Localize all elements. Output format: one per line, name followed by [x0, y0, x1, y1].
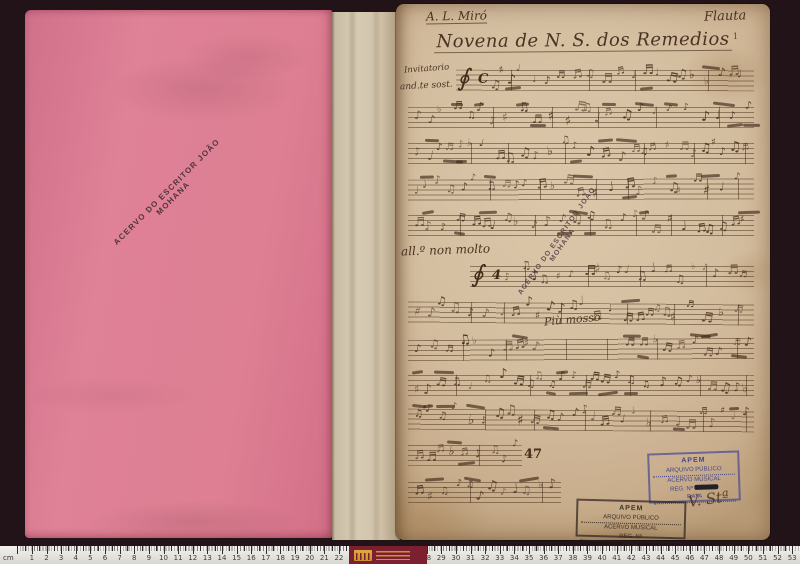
time-signature: C: [478, 72, 488, 87]
ruler-number: 31: [466, 554, 475, 562]
beam-stroke: [412, 370, 424, 374]
barline: [737, 338, 738, 359]
beam-stroke: [738, 211, 760, 214]
tempo-marking-andante: and.te sost.: [400, 80, 453, 93]
note-glyph: ♫: [620, 108, 634, 124]
cm-tick: [90, 546, 91, 554]
barline: [671, 215, 672, 236]
note-glyph: ♯: [414, 383, 420, 395]
note-glyph: ♪: [531, 150, 540, 162]
half-cm-tick: [156, 546, 157, 551]
cm-tick: [558, 546, 559, 554]
note-glyph: ♬: [435, 444, 446, 455]
note-glyph: ♪: [500, 454, 508, 465]
note-glyph: ♫: [521, 485, 532, 497]
half-cm-tick: [726, 546, 727, 551]
note-glyph: ♪: [461, 181, 469, 192]
note-glyph: ♪: [427, 306, 437, 320]
ruler-number: 48: [715, 554, 724, 562]
note-glyph: ♫: [548, 380, 558, 390]
barline: [484, 409, 485, 430]
ruler-number: 21: [320, 554, 329, 562]
note-glyph: ♬: [413, 484, 425, 497]
half-cm-tick: [536, 546, 537, 551]
cm-tick: [120, 546, 121, 554]
note-glyph: ♪: [744, 336, 753, 349]
note-glyph: ♬: [648, 143, 658, 154]
note-glyph: ♪: [488, 347, 496, 359]
staff-system: ♬♯♫♪♫♪♫♪♩♫♭♪: [408, 482, 561, 503]
staff-system: ♩♩♪♫♪♪♫♬♪♪♬♭♬♬♯♩♬♪♪♫♯♬♯♩♪: [408, 178, 754, 200]
note-glyph: ♩: [737, 69, 742, 79]
beam-stroke: [519, 476, 539, 482]
barline: [540, 179, 541, 200]
note-glyph: ♪: [719, 147, 726, 158]
beam-stroke: [743, 124, 760, 127]
note-glyph: ♩: [489, 220, 496, 232]
note-glyph: ♩: [531, 74, 537, 84]
barline: [471, 302, 472, 323]
note-glyph: ♬: [512, 374, 526, 389]
ruler-number: 47: [700, 554, 709, 562]
note-glyph: ♪: [729, 110, 736, 121]
note-glyph: ♫: [518, 146, 532, 161]
note-glyph: ♬: [444, 345, 453, 355]
note-glyph: ♫: [544, 408, 556, 422]
note-glyph: ♯: [740, 215, 745, 225]
half-cm-tick: [756, 546, 757, 551]
ruler-number: 43: [641, 554, 650, 562]
piece-title: Novena de N. S. dos Remedios: [396, 28, 770, 52]
note-glyph: ♬: [650, 223, 661, 236]
half-cm-tick: [332, 546, 333, 551]
note-glyph: ♩: [422, 179, 428, 190]
barline: [635, 70, 636, 91]
note-glyph: ♪: [568, 270, 574, 279]
beam-stroke: [434, 371, 454, 374]
half-cm-tick: [244, 546, 245, 551]
note-glyph: ♫: [675, 274, 685, 285]
cm-tick: [280, 546, 281, 554]
note-glyph: ♫: [582, 101, 593, 113]
note-glyph: ♫: [672, 375, 684, 388]
ruler-number: 39: [583, 554, 592, 562]
note-glyph: ♩: [468, 382, 473, 392]
note-glyph: ♪: [469, 173, 476, 183]
ruler-number: 3: [59, 554, 63, 562]
barline: [586, 375, 587, 396]
beam-stroke: [456, 160, 467, 163]
barline: [706, 266, 707, 287]
half-cm-tick: [580, 546, 581, 551]
ink-showthrough: [25, 10, 332, 538]
ruler-number: 35: [525, 554, 534, 562]
ruler-number: 15: [232, 554, 241, 562]
time-signature: 4: [492, 268, 501, 283]
note-glyph: ♯: [516, 414, 523, 428]
beam-stroke: [672, 427, 685, 430]
ruler-number: 29: [437, 554, 446, 562]
barline: [630, 375, 631, 396]
cm-tick: [617, 546, 618, 554]
note-glyph: ♬: [453, 100, 463, 111]
note-glyph: ♩: [607, 305, 612, 314]
note-glyph: ♪: [457, 139, 465, 150]
note-glyph: ♬: [727, 263, 739, 277]
cm-tick: [237, 546, 238, 554]
note-glyph: ♯: [524, 339, 529, 349]
cm-tick: [193, 546, 194, 554]
note-glyph: ♪: [658, 376, 667, 390]
note-glyph: ♪: [423, 382, 432, 396]
note-glyph: ♬: [590, 311, 603, 325]
ruler-number: 19: [291, 554, 300, 562]
note-glyph: ♫: [717, 220, 728, 233]
note-glyph: ♯: [564, 114, 573, 128]
note-glyph: ♪: [545, 300, 557, 315]
note-glyph: ♬: [664, 264, 674, 275]
cm-tick: [149, 546, 150, 554]
half-cm-tick: [741, 546, 742, 551]
note-glyph: ♪: [617, 150, 626, 164]
ruler-number: 51: [758, 554, 767, 562]
note-glyph: ♪: [635, 184, 644, 197]
barline: [708, 70, 709, 91]
barline: [552, 107, 553, 128]
cm-tick: [734, 546, 735, 554]
cm-tick: [719, 546, 720, 554]
note-glyph: ♯: [502, 111, 509, 123]
note-glyph: ♬: [599, 146, 612, 160]
staff-system: ♬♬♬♭♬♪♫♪♪: [408, 445, 522, 466]
staff-system: ♫♪♫♪♭♪♫♫♯♬♫♪♪♪♩♬♬♩♩♭♬♩♬♬♪♯♩♪: [408, 409, 754, 433]
note-glyph: ♬: [501, 341, 513, 354]
barline: [656, 107, 657, 128]
note-glyph: ♭: [550, 181, 556, 192]
half-cm-tick: [785, 546, 786, 551]
note-glyph: ♫: [635, 269, 649, 284]
half-cm-tick: [273, 546, 274, 551]
half-cm-tick: [54, 546, 55, 551]
note-glyph: ♫: [489, 78, 502, 92]
ruler-number: 1: [30, 554, 34, 562]
note-glyph: ♭: [690, 262, 696, 272]
barline: [627, 303, 628, 324]
cm-tick: [485, 546, 486, 554]
barline: [505, 340, 506, 361]
note-glyph: ♬: [685, 299, 694, 309]
note-glyph: ♬: [435, 375, 448, 389]
cm-tick: [32, 546, 33, 554]
barline: [471, 143, 472, 164]
barline: [566, 339, 567, 360]
half-cm-tick: [683, 546, 684, 551]
barline: [585, 410, 586, 431]
note-glyph: ♫: [505, 404, 517, 418]
barline: [719, 107, 720, 128]
note-glyph: ♪: [512, 439, 518, 449]
note-glyph: ♬: [707, 380, 719, 393]
note-glyph: ♬: [598, 415, 611, 429]
half-cm-tick: [712, 546, 713, 551]
half-cm-tick: [25, 546, 26, 551]
beam-stroke: [570, 159, 582, 163]
beam-stroke: [573, 175, 593, 178]
barline: [703, 411, 704, 432]
beam-stroke: [598, 391, 618, 396]
beam-stroke: [422, 210, 434, 214]
note-glyph: ♪: [683, 103, 690, 113]
note-glyph: ♫: [533, 370, 544, 382]
note-glyph: ♫: [445, 183, 456, 195]
beam-stroke: [701, 174, 720, 177]
note-glyph: ♫: [436, 295, 448, 308]
book-cover-inside: ACERVO DO ESCRITOR JOÃO MOHANA: [25, 10, 332, 538]
note-glyph: ♭: [547, 145, 554, 158]
note-glyph: ♬: [556, 69, 566, 80]
half-cm-tick: [653, 546, 654, 551]
cm-tick: [675, 546, 676, 554]
cm-tick: [47, 546, 48, 554]
note-glyph: ♯: [427, 490, 433, 502]
cm-tick: [295, 546, 296, 554]
note-glyph: ♭: [741, 381, 749, 394]
beam-stroke: [483, 175, 495, 178]
beam-stroke: [640, 86, 654, 90]
note-glyph: ♪: [433, 174, 441, 186]
note-glyph: ♯: [413, 306, 422, 320]
half-cm-tick: [83, 546, 84, 551]
note-glyph: ♪: [500, 488, 508, 499]
cm-tick: [310, 546, 311, 554]
cm-tick: [251, 546, 252, 554]
barline: [674, 304, 675, 325]
half-cm-tick: [770, 546, 771, 551]
note-glyph: ♬: [444, 143, 453, 153]
note-glyph: ♩: [478, 139, 485, 150]
ruler-number: 44: [656, 554, 665, 562]
cm-tick: [704, 546, 705, 554]
barline: [636, 215, 637, 236]
note-glyph: ♪: [436, 143, 443, 153]
beam-stroke: [637, 355, 649, 359]
note-glyph: ♪: [456, 479, 462, 489]
ruler-number: 46: [685, 554, 694, 562]
book-spine: [332, 12, 400, 540]
barline: [508, 143, 509, 164]
cm-tick: [544, 546, 545, 554]
ruler-number: 41: [612, 554, 621, 562]
beam-stroke: [479, 211, 497, 214]
beam-stroke: [731, 354, 747, 358]
cm-tick: [690, 546, 691, 554]
note-glyph: ♬: [685, 419, 697, 433]
ruler-number: 7: [117, 554, 121, 562]
scanned-manuscript-photo: ACERVO DO ESCRITOR JOÃO MOHANA A. L. Mir…: [0, 0, 800, 564]
barline: [542, 482, 543, 503]
ruler-number: 18: [276, 554, 285, 562]
final-measure-number: 47: [524, 447, 542, 462]
barline: [463, 340, 464, 361]
cm-tick: [207, 546, 208, 554]
note-glyph: ♩: [624, 264, 631, 276]
note-glyph: ♩: [414, 185, 419, 195]
half-cm-tick: [215, 546, 216, 551]
note-glyph: ♫: [718, 381, 733, 397]
note-glyph: ♪: [652, 176, 659, 186]
beam-stroke: [530, 124, 546, 127]
note-glyph: ♫: [490, 444, 501, 456]
cm-tick: [500, 546, 501, 554]
barline: [707, 178, 708, 199]
note-glyph: ♫: [485, 180, 497, 193]
cm-tick: [456, 546, 457, 554]
barline: [470, 482, 471, 503]
staff-system: ♪♩♪♬♪♭♩♬♫♫♪♭♫♪♪♬♪♬♫♬♯♬♪♫♯♪♫♬: [408, 143, 754, 164]
note-glyph: ♬: [529, 414, 542, 428]
half-cm-tick: [317, 546, 318, 551]
half-cm-tick: [478, 546, 479, 551]
note-glyph: ♪: [475, 489, 485, 503]
note-glyph: ♫: [483, 374, 493, 385]
cm-tick: [514, 546, 515, 554]
ruler-number: 10: [159, 554, 168, 562]
half-cm-tick: [434, 546, 435, 551]
note-glyph: ♬: [601, 73, 613, 87]
note-glyph: ♫: [602, 270, 613, 282]
staff-system: ♯♪♬♫♩♫♪♬♫♫♫♪♪♬♬♬♪♫♫♪♫♪♭♬♫♪♭: [408, 375, 754, 396]
note-glyph: ♯: [676, 186, 682, 196]
building-icon: [354, 550, 372, 561]
note-glyph: ♯: [534, 310, 540, 321]
note-glyph: ♫: [602, 217, 615, 231]
cm-tick: [61, 546, 62, 554]
half-cm-tick: [595, 546, 596, 551]
note-glyph: ♪: [714, 345, 723, 357]
note-glyph: ♪: [571, 370, 578, 380]
ruler-unit-label: cm: [3, 554, 14, 562]
barline: [700, 375, 701, 396]
ruler-number: 6: [103, 554, 107, 562]
note-glyph: ♬: [702, 345, 714, 358]
barline: [738, 178, 739, 199]
ruler-number: 42: [627, 554, 636, 562]
beam-stroke: [458, 461, 475, 465]
staff-system: ♪♫♬♫♭♪♬♬♯♪♬♬♭♬♬♪♬♪♬♪: [408, 338, 754, 361]
treble-clef-glyph: ∮: [457, 64, 470, 92]
note-glyph: ♪: [571, 406, 580, 418]
beam-stroke: [621, 299, 640, 303]
note-glyph: ♪: [712, 268, 720, 280]
beam-stroke: [546, 391, 556, 395]
cm-tick: [324, 546, 325, 554]
note-glyph: ♭: [717, 307, 724, 320]
half-cm-tick: [185, 546, 186, 551]
ruler-number: 37: [554, 554, 563, 562]
note-glyph: ♪: [665, 104, 672, 114]
note-glyph: ♬: [678, 141, 689, 153]
beam-stroke: [729, 407, 739, 410]
manuscript-page: A. L. Miró Flauta 1 Novena de N. S. dos …: [396, 4, 770, 540]
barline: [565, 143, 566, 164]
note-glyph: ♪: [544, 75, 551, 86]
note-glyph: ♬: [700, 311, 714, 326]
note-glyph: ♯: [669, 311, 676, 323]
note-glyph: ♬: [659, 415, 669, 426]
barline: [493, 107, 494, 128]
note-glyph: ♫: [699, 142, 711, 155]
barline: [561, 303, 562, 324]
note-glyph: ♪: [557, 411, 566, 423]
ruler-number: 4: [74, 554, 78, 562]
cm-tick: [266, 546, 267, 554]
note-glyph: ♬: [615, 66, 626, 78]
note-glyph: ♭: [513, 216, 519, 228]
beam-stroke: [602, 103, 616, 106]
note-glyph: ♫: [458, 333, 472, 348]
note-glyph: ♫: [485, 479, 500, 495]
note-glyph: ♫: [584, 67, 595, 79]
barline: [535, 215, 536, 236]
note-glyph: ♪: [531, 340, 541, 354]
note-glyph: ♬: [600, 372, 613, 386]
note-glyph: ♪: [701, 264, 708, 274]
barline: [588, 266, 589, 287]
barline: [479, 445, 480, 466]
composer-name: A. L. Miró: [426, 8, 487, 24]
half-cm-tick: [522, 546, 523, 551]
beam-stroke: [420, 175, 434, 178]
cm-tick: [529, 546, 530, 554]
half-cm-tick: [288, 546, 289, 551]
half-cm-tick: [697, 546, 698, 551]
cm-tick: [222, 546, 223, 554]
note-glyph: ♩: [515, 65, 520, 75]
note-glyph: ♬: [459, 448, 469, 459]
note-glyph: ♪: [427, 114, 436, 126]
note-glyph: ♫: [704, 223, 716, 236]
cm-tick: [587, 546, 588, 554]
ruler-number: 49: [729, 554, 738, 562]
note-glyph: ♯: [664, 140, 670, 151]
half-cm-tick: [639, 546, 640, 551]
note-glyph: ♬: [642, 64, 654, 78]
ruler-number: 53: [788, 554, 797, 562]
cm-tick: [778, 546, 779, 554]
barline: [511, 70, 512, 91]
half-cm-tick: [39, 546, 40, 551]
ruler-number: 17: [261, 554, 270, 562]
note-glyph: ♫: [440, 487, 450, 498]
note-glyph: ♯: [556, 273, 561, 282]
half-cm-tick: [346, 546, 347, 551]
half-cm-tick: [142, 546, 143, 551]
note-glyph: ♪: [413, 146, 421, 157]
beam-stroke: [666, 174, 677, 177]
note-glyph: ♭: [466, 138, 473, 149]
note-glyph: ♪: [585, 146, 595, 161]
note-glyph: ♩: [630, 406, 636, 416]
note-glyph: ♪: [620, 212, 627, 223]
barline: [657, 338, 658, 359]
note-glyph: ♫: [428, 337, 440, 350]
barline: [694, 143, 695, 164]
cm-tick: [631, 546, 632, 554]
note-glyph: ♬: [639, 336, 649, 347]
half-cm-tick: [507, 546, 508, 551]
half-cm-tick: [449, 546, 450, 551]
note-glyph: ♪: [548, 478, 558, 492]
